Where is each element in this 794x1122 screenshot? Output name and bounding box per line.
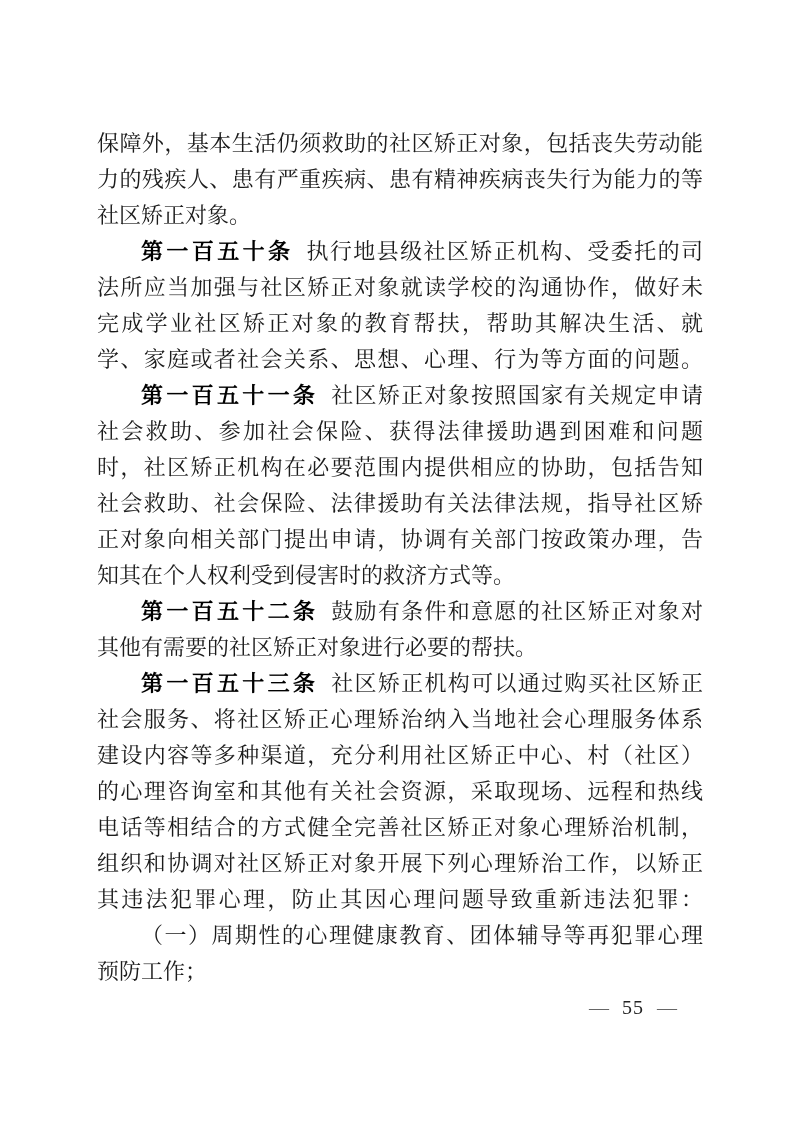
text-line: 的心理咨询室和其他有关社会资源，采取现场、远程和热线 bbox=[97, 774, 703, 810]
page-footer: — 55 — bbox=[589, 997, 677, 1020]
page-number-dash-left: — bbox=[589, 997, 609, 1020]
text-line: 组织和协调对社区矫正对象开展下列心理矫治工作，以矫正 bbox=[97, 846, 703, 882]
article-text: 鼓励有条件和意愿的社区矫正对象对 bbox=[331, 599, 703, 624]
paragraph-article-152: 第一百五十二条鼓励有条件和意愿的社区矫正对象对 其他有需要的社区矫正对象进行必要… bbox=[97, 594, 703, 666]
text-line: 社区矫正对象。 bbox=[97, 198, 703, 234]
paragraph-article-150: 第一百五十条执行地县级社区矫正机构、受委托的司 法所应当加强与社区矫正对象就读学… bbox=[97, 234, 703, 378]
page-number: 55 bbox=[622, 997, 644, 1020]
article-number: 第一百五十二条 bbox=[141, 600, 318, 625]
text-line: （一）周期性的心理健康教育、团体辅导等再犯罪心理 bbox=[97, 918, 703, 954]
text-line: 完成学业社区矫正对象的教育帮扶，帮助其解决生活、就 bbox=[97, 306, 703, 342]
article-number: 第一百五十条 bbox=[141, 240, 293, 265]
document-page: { "paragraphs": [ { "heading": "", "line… bbox=[0, 0, 794, 1122]
text-line: 学、家庭或者社会关系、思想、心理、行为等方面的问题。 bbox=[97, 342, 703, 378]
article-number: 第一百五十三条 bbox=[141, 672, 318, 697]
article-text: 社区矫正机构可以通过购买社区矫正 bbox=[331, 671, 703, 696]
page-number-dash-right: — bbox=[657, 997, 677, 1020]
page-body-text: 保障外，基本生活仍须救助的社区矫正对象，包括丧失劳动能 力的残疾人、患有严重疾病… bbox=[97, 126, 703, 990]
text-line: 法所应当加强与社区矫正对象就读学校的沟通协作，做好未 bbox=[97, 270, 703, 306]
text-line: 力的残疾人、患有严重疾病、患有精神疾病丧失行为能力的等 bbox=[97, 162, 703, 198]
text-line: 电话等相结合的方式健全完善社区矫正对象心理矫治机制， bbox=[97, 810, 703, 846]
text-line: 社会救助、参加社会保险、获得法律援助遇到困难和问题 bbox=[97, 414, 703, 450]
text-line: 正对象向相关部门提出申请，协调有关部门按政策办理，告 bbox=[97, 522, 703, 558]
article-text: 社区矫正对象按照国家有关规定申请 bbox=[331, 383, 703, 408]
article-number: 第一百五十一条 bbox=[141, 384, 318, 409]
paragraph-list-item-1: （一）周期性的心理健康教育、团体辅导等再犯罪心理 预防工作； bbox=[97, 918, 703, 990]
text-line: 第一百五十三条社区矫正机构可以通过购买社区矫正 bbox=[97, 666, 703, 702]
text-line: 时，社区矫正机构在必要范围内提供相应的协助，包括告知 bbox=[97, 450, 703, 486]
text-line: 社会救助、社会保险、法律援助有关法律法规，指导社区矫 bbox=[97, 486, 703, 522]
text-line: 第一百五十条执行地县级社区矫正机构、受委托的司 bbox=[97, 234, 703, 270]
text-line: 知其在个人权利受到侵害时的救济方式等。 bbox=[97, 558, 703, 594]
paragraph-continuation: 保障外，基本生活仍须救助的社区矫正对象，包括丧失劳动能 力的残疾人、患有严重疾病… bbox=[97, 126, 703, 234]
text-line: 其违法犯罪心理，防止其因心理问题导致重新违法犯罪： bbox=[97, 882, 703, 918]
text-line: 第一百五十一条社区矫正对象按照国家有关规定申请 bbox=[97, 378, 703, 414]
text-line: 社会服务、将社区矫正心理矫治纳入当地社会心理服务体系 bbox=[97, 702, 703, 738]
text-line: 预防工作； bbox=[97, 954, 703, 990]
text-line: 第一百五十二条鼓励有条件和意愿的社区矫正对象对 bbox=[97, 594, 703, 630]
paragraph-article-151: 第一百五十一条社区矫正对象按照国家有关规定申请 社会救助、参加社会保险、获得法律… bbox=[97, 378, 703, 594]
paragraph-article-153: 第一百五十三条社区矫正机构可以通过购买社区矫正 社会服务、将社区矫正心理矫治纳入… bbox=[97, 666, 703, 918]
text-line: 建设内容等多种渠道，充分利用社区矫正中心、村（社区） bbox=[97, 738, 703, 774]
article-text: 执行地县级社区矫正机构、受委托的司 bbox=[306, 239, 703, 264]
text-line: 保障外，基本生活仍须救助的社区矫正对象，包括丧失劳动能 bbox=[97, 126, 703, 162]
text-line: 其他有需要的社区矫正对象进行必要的帮扶。 bbox=[97, 630, 703, 666]
